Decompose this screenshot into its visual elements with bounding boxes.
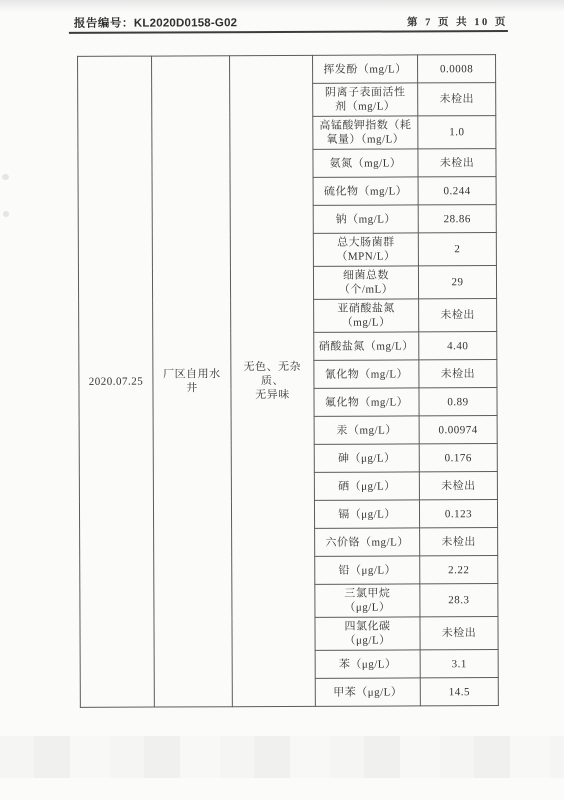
table-row: 2020.07.25厂区自用水 井无色、无杂质、 无异味挥发酚（mg/L）0.0… xyxy=(78,55,496,85)
value-cell: 未检出 xyxy=(419,472,497,500)
value-cell: 未检出 xyxy=(419,360,497,388)
value-cell: 2.22 xyxy=(420,556,498,584)
page-header: 报告编号：KL2020D0158-G02 第 7 页 共 10 页 xyxy=(74,13,508,31)
parameter-cell: 高锰酸钾指数（耗 氧量）（mg/L） xyxy=(313,116,418,149)
value-cell: 未检出 xyxy=(418,83,496,116)
parameter-cell: 三氯甲烷 （μg/L） xyxy=(315,584,420,617)
value-cell: 未检出 xyxy=(419,299,497,332)
parameter-cell: 四氯化碳 （μg/L） xyxy=(315,617,420,650)
page-indicator: 第 7 页 共 10 页 xyxy=(407,14,508,29)
value-cell: 未检出 xyxy=(420,617,498,650)
parameter-cell: 砷（μg/L） xyxy=(314,444,419,472)
value-cell: 2 xyxy=(418,233,496,266)
value-cell: 4.40 xyxy=(419,332,497,360)
value-cell: 29 xyxy=(418,266,496,299)
parameter-cell: 镉（μg/L） xyxy=(314,500,419,528)
value-cell: 14.5 xyxy=(420,678,498,706)
sample-location-cell: 厂区自用水 井 xyxy=(152,56,233,707)
parameter-cell: 六价铬（mg/L） xyxy=(315,528,420,556)
parameter-cell: 苯（μg/L） xyxy=(315,650,420,678)
value-cell: 0.0008 xyxy=(418,55,496,83)
results-table: 2020.07.25厂区自用水 井无色、无杂质、 无异味挥发酚（mg/L）0.0… xyxy=(77,54,499,708)
parameter-cell: 氨氮（mg/L） xyxy=(313,149,418,177)
parameter-cell: 亚硝酸盐氮 （mg/L） xyxy=(314,299,419,332)
parameter-cell: 细菌总数 （个/mL） xyxy=(313,266,418,299)
value-cell: 0.244 xyxy=(418,177,496,205)
value-cell: 1.0 xyxy=(418,116,496,149)
value-cell: 0.123 xyxy=(419,500,497,528)
value-cell: 未检出 xyxy=(420,528,498,556)
parameter-cell: 硝酸盐氮（mg/L） xyxy=(314,332,419,360)
value-cell: 未检出 xyxy=(418,149,496,177)
value-cell: 0.00974 xyxy=(419,416,497,444)
value-cell: 28.86 xyxy=(418,205,496,233)
report-number-value: KL2020D0158-G02 xyxy=(134,17,237,29)
parameter-cell: 挥发酚（mg/L） xyxy=(313,55,418,83)
report-number-label: 报告编号： xyxy=(74,18,134,30)
value-cell: 28.3 xyxy=(420,584,498,617)
report-number-group: 报告编号：KL2020D0158-G02 xyxy=(74,14,237,31)
parameter-cell: 氰化物（mg/L） xyxy=(314,360,419,388)
results-table-body: 2020.07.25厂区自用水 井无色、无杂质、 无异味挥发酚（mg/L）0.0… xyxy=(78,55,499,708)
parameter-cell: 总大肠菌群 （MPN/L） xyxy=(313,233,418,266)
scanned-report-page: { "header": { "report_label": "报告编号：", "… xyxy=(0,0,564,800)
sample-date-cell: 2020.07.25 xyxy=(78,56,155,707)
value-cell: 3.1 xyxy=(420,650,498,678)
parameter-cell: 阴离子表面活性 剂（mg/L） xyxy=(313,83,418,116)
parameter-cell: 硫化物（mg/L） xyxy=(313,177,418,205)
page-content: 报告编号：KL2020D0158-G02 第 7 页 共 10 页 2020.0… xyxy=(0,0,564,800)
value-cell: 0.176 xyxy=(419,444,497,472)
sample-appearance-cell: 无色、无杂质、 无异味 xyxy=(230,55,316,706)
parameter-cell: 硒（μg/L） xyxy=(314,472,419,500)
parameter-cell: 氟化物（mg/L） xyxy=(314,388,419,416)
parameter-cell: 甲苯（μg/L） xyxy=(315,678,420,706)
value-cell: 0.89 xyxy=(419,388,497,416)
parameter-cell: 汞（mg/L） xyxy=(314,416,419,444)
parameter-cell: 钠（mg/L） xyxy=(313,205,418,233)
parameter-cell: 铅（μg/L） xyxy=(315,556,420,584)
